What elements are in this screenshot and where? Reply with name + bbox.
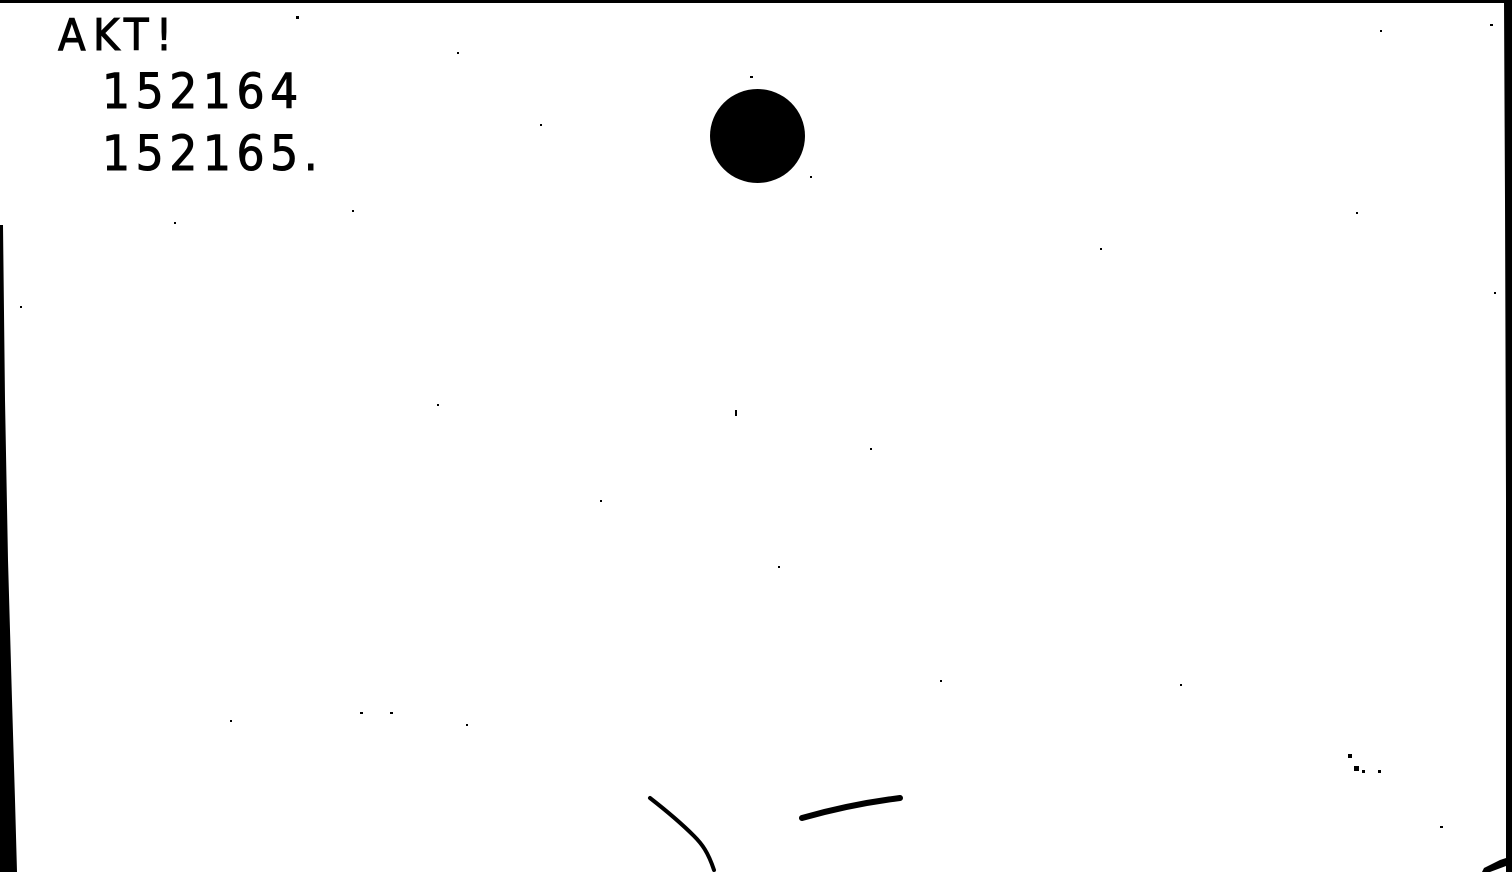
handwritten-number-2: 152165. xyxy=(102,130,323,178)
punch-hole-icon xyxy=(710,89,805,183)
handwritten-note: AKT! 152164 152165. xyxy=(56,14,343,192)
card-top-border xyxy=(0,0,1512,3)
catalog-card: AKT! 152164 152165. xyxy=(0,0,1512,872)
handwritten-number-1: 152164 xyxy=(102,68,323,116)
handwritten-heading: AKT! xyxy=(58,14,320,58)
